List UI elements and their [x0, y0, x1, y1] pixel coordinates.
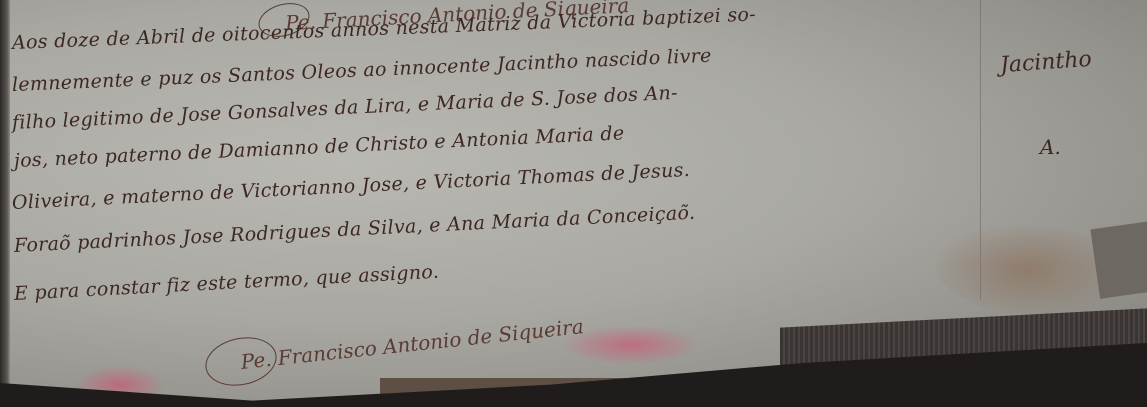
footer-signature: Pe. Francisco Antonio de Siqueira [240, 314, 585, 374]
margin-mark: A. [1040, 135, 1061, 159]
margin-name: Jacintho [999, 47, 1092, 78]
binding-edge [0, 0, 10, 407]
text-line-7: E para constar fiz este termo, que assig… [13, 261, 439, 305]
torn-corner [1090, 221, 1147, 299]
text-line-6: Foraõ padrinhos Jose Rodrigues da Silva,… [13, 202, 695, 257]
manuscript-page: Pe. Francisco Antonio de Siqueira Aos do… [0, 0, 1147, 407]
